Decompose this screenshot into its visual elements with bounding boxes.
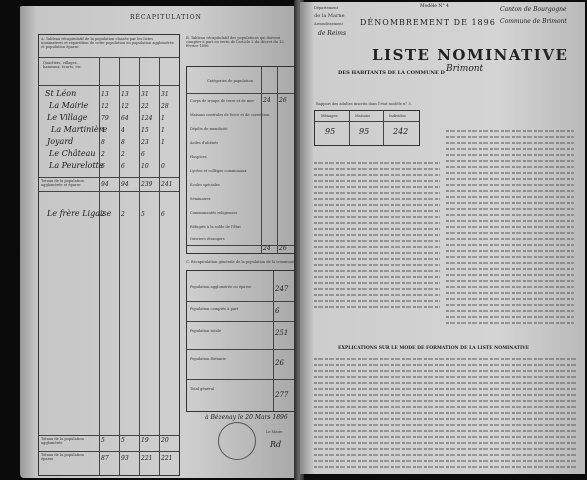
row-name: Joyard [47,137,73,146]
summary-value: 242 [393,127,408,136]
table-c-caption: C. Récapitulation générale de la populat… [186,260,296,264]
commune-header: Commune de Brimont [500,18,567,25]
table-a-caption: A. Tableau récapitulatif de la populatio… [41,37,176,49]
row-name: Le Village [47,113,88,122]
row-value: 8 [101,139,105,146]
footer-agglomeree-label: Totaux de la population agglomérée [41,437,97,445]
row-name: La Mairie [49,101,88,110]
table-c-label: Total général [190,387,270,391]
census-title: DÉNOMBREMENT DE 1896 [360,18,496,27]
instructions-left-column [314,162,440,312]
note: Rapport des adultes inscrits dans l'état… [316,102,412,106]
left-page: RÉCAPITULATION A. Tableau récapitulatif … [20,6,298,478]
row-value: 4 [121,127,125,134]
table-b-row: Dépôts de mendicité [190,127,228,131]
arrondissement-name: de Reims [318,30,346,37]
row-value: 0 [161,163,165,170]
table-b-row: Asiles d'aliénés [190,141,218,145]
extra-row-value: 6 [161,211,165,218]
table-c-label: Population agglomérée ou éparse [190,285,270,289]
table-b-row: Réfugiés à la solde de l'État [190,225,241,229]
signature-role: Le Maire [266,430,282,434]
row-value: 6 [121,163,125,170]
row-value: 13 [121,91,129,98]
summary-value: 95 [359,127,369,136]
row-value: 13 [101,91,109,98]
footer-value: 93 [121,455,129,462]
table-b-row: Lycées et collèges communaux [190,169,246,173]
row-value: 1 [161,115,165,122]
row-value: 6 [141,151,145,158]
table-b-row: Ouvriers étrangers [190,237,225,241]
table-b-header: Catégories de population [207,79,253,83]
subtotal-value: 94 [101,181,109,188]
row-value: 22 [141,103,149,110]
summary-header: Ménages [321,114,338,118]
summary-header: Maisons [355,114,370,118]
footer-value: 19 [141,437,149,444]
recap-title: RÉCAPITULATION [130,14,202,21]
department-label: Département [314,6,338,10]
row-value: 2 [101,151,105,158]
subtotal-value: 239 [141,181,152,188]
arrondissement-label: Arrondissement [314,22,343,26]
census-register-scan: RÉCAPITULATION A. Tableau récapitulatif … [8,0,587,480]
table-c-label: Population totale [190,329,270,333]
row-name: Le Château [49,149,96,158]
table-c-value: 277 [275,391,288,399]
table-c-value: 251 [275,329,288,337]
summary-value: 95 [325,127,335,136]
table-c-label: Population flottante [190,357,270,361]
instructions-right-column [446,130,574,328]
row-value: 8 [121,139,125,146]
model-number: Modèle N° 4 [420,4,449,9]
table-b-total: 26 [279,245,287,252]
row-value: 10 [141,163,149,170]
footer-value: 221 [141,455,152,462]
canton: Canton de Bourgogne [500,6,567,13]
mayor-seal-stamp [218,422,256,460]
row-value: 6 [101,163,105,170]
footer-value: 87 [101,455,109,462]
department-name: de la Marne [314,14,345,18]
table-c-value: 26 [275,359,284,367]
section-title: EXPLICATIONS SUR LE MODE DE FORMATION DE… [338,346,529,351]
row-value: 79 [101,115,109,122]
table-c-label: Population comptée à part [190,307,270,311]
extra-row-value: 2 [101,211,105,218]
row-value: 23 [141,139,149,146]
extra-row-value: 5 [141,211,145,218]
footer-value: 20 [161,437,169,444]
extra-row-value: 2 [121,211,125,218]
summary-header: Individus [389,114,406,118]
row-value: 12 [121,103,129,110]
table-b: Catégories de population Corps de troupe… [186,66,296,254]
commune-name: Brimont [446,64,483,74]
subtotal-value: 94 [121,181,129,188]
subtotal-label: Totaux de la population agglomérée et ép… [41,179,97,187]
footer-value: 221 [161,455,172,462]
table-b-row: Communautés religieuses [190,211,237,215]
document-subtitle: DES HABITANTS DE LA COMMUNE D [338,70,445,76]
table-c-value: 6 [275,307,279,315]
table-b-row: Séminaires [190,197,210,201]
row-name: St Léon [45,89,76,98]
table-b-total: 24 [263,245,271,252]
row-value: 1 [161,127,165,134]
table-b-row: Écoles spéciales [190,183,220,187]
row-name: La Martinière [51,125,107,134]
table-a-header-places: Quartiers, villages, hameaux, écarts, et… [43,61,93,69]
right-page: Département de la Marne Arrondissement d… [300,2,585,474]
row-value: 64 [121,115,129,122]
footer-eparse-label: Totaux de la population éparse [41,453,97,461]
row-value: 1 [161,139,165,146]
table-b-caption: B. Tableau récapitulatif des populations… [186,36,296,48]
explications-text [314,358,576,472]
row-value: 31 [161,91,169,98]
signature-place: à Bézenay le 20 Mars 1896 [205,414,288,421]
summary-table: Ménages Maisons Individus 95 95 242 [314,110,420,146]
row-name: La Peurelotte [49,161,104,170]
row-value: 31 [141,91,149,98]
row-value: 4 [101,127,105,134]
table-c: Population agglomérée ou éparse 247 Popu… [186,270,296,412]
row-value: 2 [121,151,125,158]
row-value: 28 [161,103,169,110]
table-c-value: 247 [275,285,288,293]
document-title: LISTE NOMINATIVE [372,46,568,64]
footer-value: 5 [101,437,105,444]
row-value: 124 [141,115,152,122]
subtotal-value: 241 [161,181,172,188]
table-b-row: Maisons centrales de force et de correct… [190,113,269,117]
row-value: 12 [101,103,109,110]
footer-value: 5 [121,437,125,444]
table-b-value: 26 [279,97,287,104]
table-b-row: Hospices [190,155,207,159]
table-b-row: Corps de troupe de terre et de mer [190,99,254,103]
row-value: 15 [141,127,149,134]
mayor-signature: Rd [270,440,281,449]
table-b-value: 24 [263,97,271,104]
table-a: A. Tableau récapitulatif de la populatio… [38,34,180,476]
